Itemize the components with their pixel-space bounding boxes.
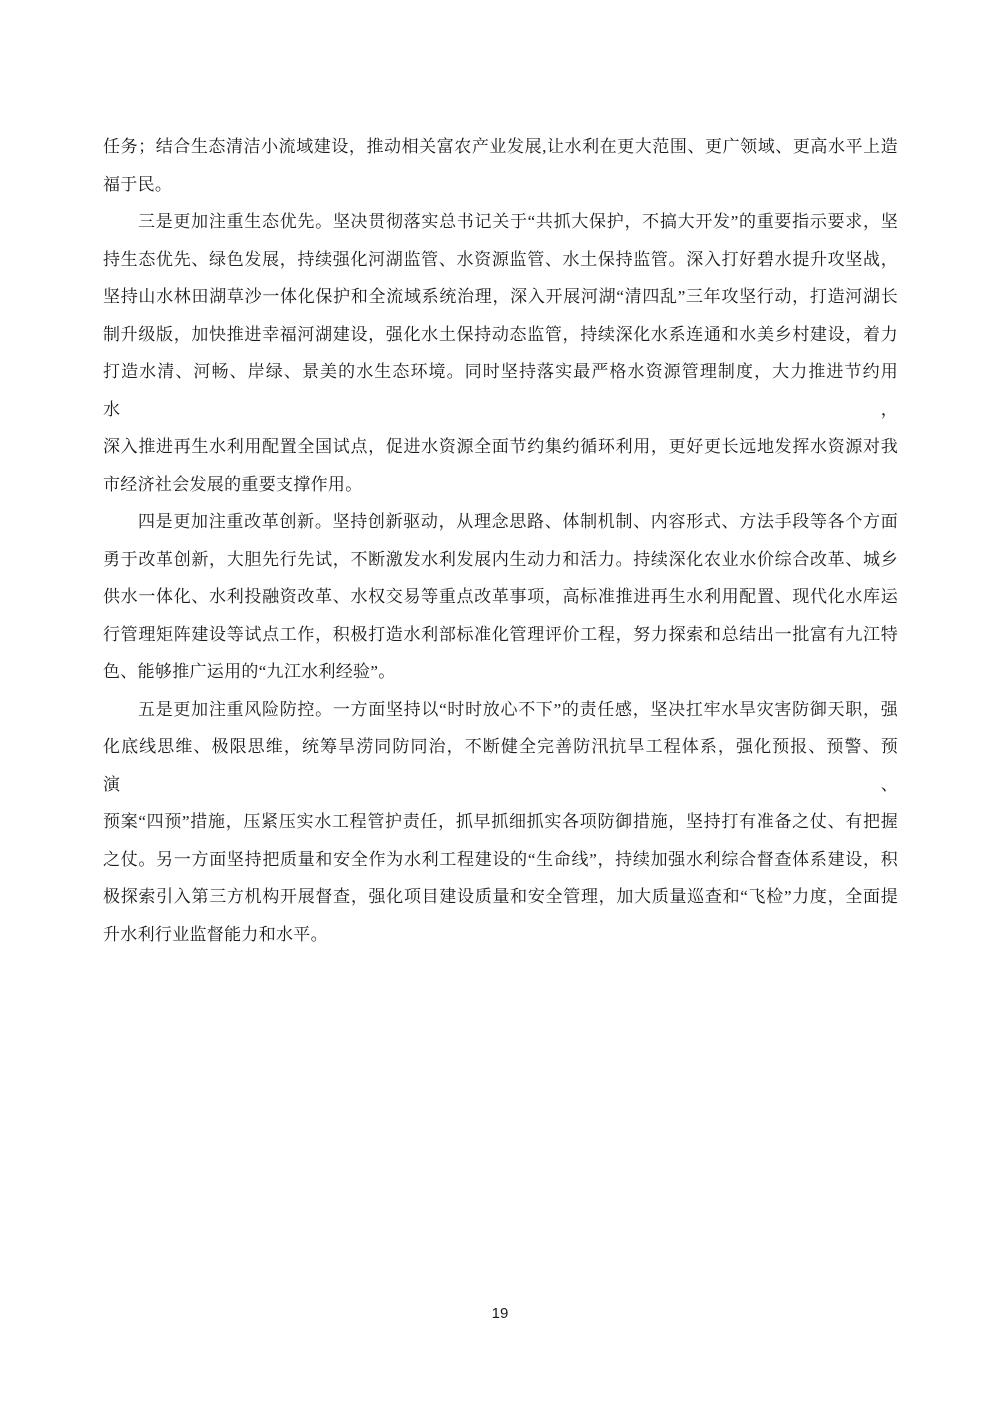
paragraph: 任务；结合生态清洁小流域建设，推动相关富农产业发展,让水利在更大范围、更广领域、… <box>103 128 898 203</box>
text-line: 五是更加注重风险防控。一方面坚持以“时时放心不下”的责任感，坚决扛牢水旱灾害防御… <box>103 691 898 729</box>
text-line: 供水一体化、水利投融资改革、水权交易等重点改革事项，高标准推进再生水利用配置、现… <box>103 578 898 616</box>
text-line: 任务；结合生态清洁小流域建设，推动相关富农产业发展,让水利在更大范围、更广领域、… <box>103 128 898 166</box>
document-body: 任务；结合生态清洁小流域建设，推动相关富农产业发展,让水利在更大范围、更广领域、… <box>103 128 898 953</box>
text-line: 化底线思维、极限思维，统筹旱涝同防同治，不断健全完善防汛抗旱工程体系，强化预报、… <box>103 728 898 803</box>
text-line: 坚持山水林田湖草沙一体化保护和全流域系统治理，深入开展河湖“清四乱”三年攻坚行动… <box>103 278 898 316</box>
text-line: 三是更加注重生态优先。坚决贯彻落实总书记关于“共抓大保护，不搞大开发”的重要指示… <box>103 203 898 241</box>
paragraph: 三是更加注重生态优先。坚决贯彻落实总书记关于“共抓大保护，不搞大开发”的重要指示… <box>103 203 898 503</box>
text-line: 打造水清、河畅、岸绿、景美的水生态环境。同时坚持落实最严格水资源管理制度，大力推… <box>103 353 898 428</box>
text-line: 极探索引入第三方机构开展督查，强化项目建设质量和安全管理，加大质量巡查和“飞检”… <box>103 878 898 916</box>
text-line: 升水利行业监督能力和水平。 <box>103 916 898 954</box>
text-line: 行管理矩阵建设等试点工作，积极打造水利部标准化管理评价工程，努力探索和总结出一批… <box>103 616 898 654</box>
paragraph: 四是更加注重改革创新。坚持创新驱动，从理念思路、体制机制、内容形式、方法手段等各… <box>103 503 898 691</box>
text-line: 深入推进再生水利用配置全国试点，促进水资源全面节约集约循环利用，更好更长远地发挥… <box>103 428 898 466</box>
text-line: 市经济社会发展的重要支撑作用。 <box>103 466 898 504</box>
paragraph: 五是更加注重风险防控。一方面坚持以“时时放心不下”的责任感，坚决扛牢水旱灾害防御… <box>103 691 898 954</box>
text-line: 制升级版，加快推进幸福河湖建设，强化水土保持动态监管，持续深化水系连通和水美乡村… <box>103 316 898 354</box>
text-line: 之仗。另一方面坚持把质量和安全作为水利工程建设的“生命线”，持续加强水利综合督查… <box>103 841 898 879</box>
text-line: 勇于改革创新，大胆先行先试，不断激发水利发展内生动力和活力。持续深化农业水价综合… <box>103 541 898 579</box>
text-line: 预案“四预”措施，压紧压实水工程管护责任，抓早抓细抓实各项防御措施，坚持打有准备… <box>103 803 898 841</box>
page-number: 19 <box>0 1305 1000 1322</box>
text-line: 色、能够推广运用的“九江水利经验”。 <box>103 653 898 691</box>
text-line: 四是更加注重改革创新。坚持创新驱动，从理念思路、体制机制、内容形式、方法手段等各… <box>103 503 898 541</box>
document-page: 任务；结合生态清洁小流域建设，推动相关富农产业发展,让水利在更大范围、更广领域、… <box>0 0 1000 1414</box>
text-line: 福于民。 <box>103 166 898 204</box>
text-line: 持生态优先、绿色发展，持续强化河湖监管、水资源监管、水土保持监管。深入打好碧水提… <box>103 241 898 279</box>
